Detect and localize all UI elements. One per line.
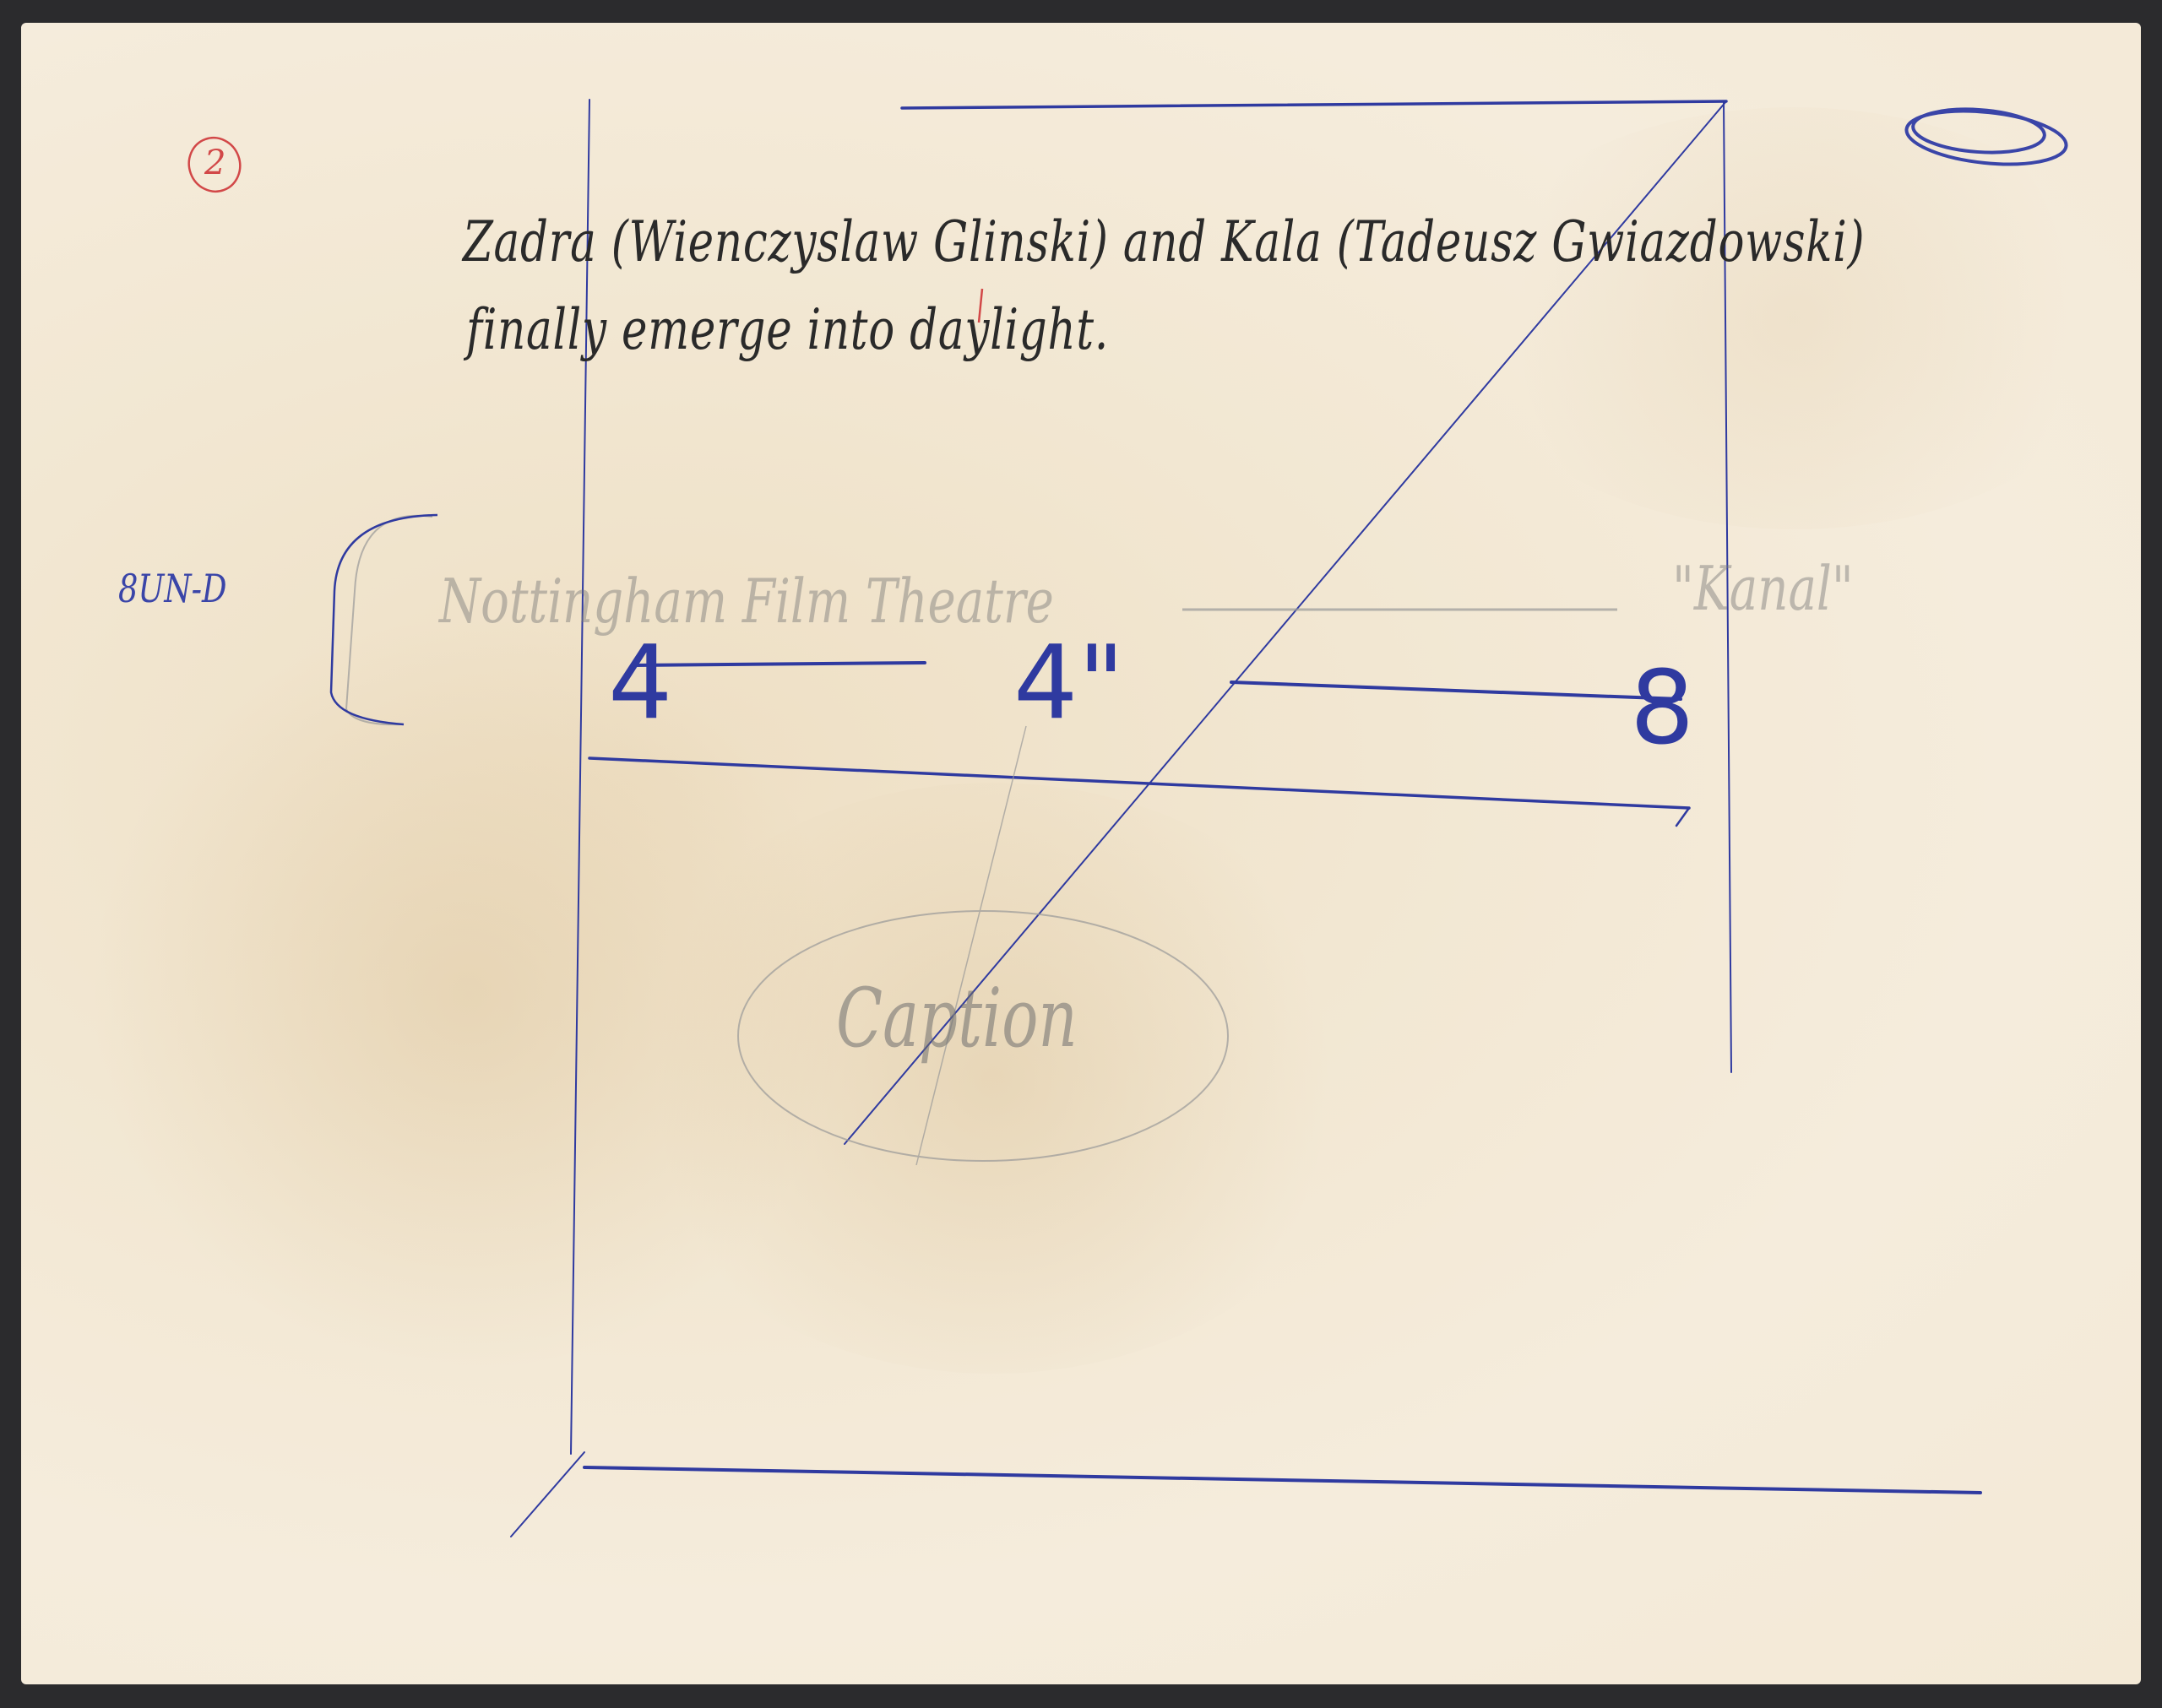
caption-line-2: finally emerge into daylight. [466, 297, 1109, 362]
crop-width-left: 4 [608, 625, 672, 742]
margin-note: 8UN-D [118, 566, 227, 611]
caption-line-1: Zadra (Wienczyslaw Glinski) and Kala (Ta… [463, 209, 1865, 274]
pencil-venue: Nottingham Film Theatre [439, 566, 1054, 637]
page-marker-number: 2 [204, 144, 225, 182]
pencil-caption-label: Caption [836, 971, 1078, 1065]
crop-width-right: 8 [1630, 650, 1694, 767]
crop-width-center: 4" [1013, 625, 1125, 742]
blue-oval-mark [1904, 104, 2068, 171]
pencil-film-title: "Kanal" [1672, 553, 1854, 624]
